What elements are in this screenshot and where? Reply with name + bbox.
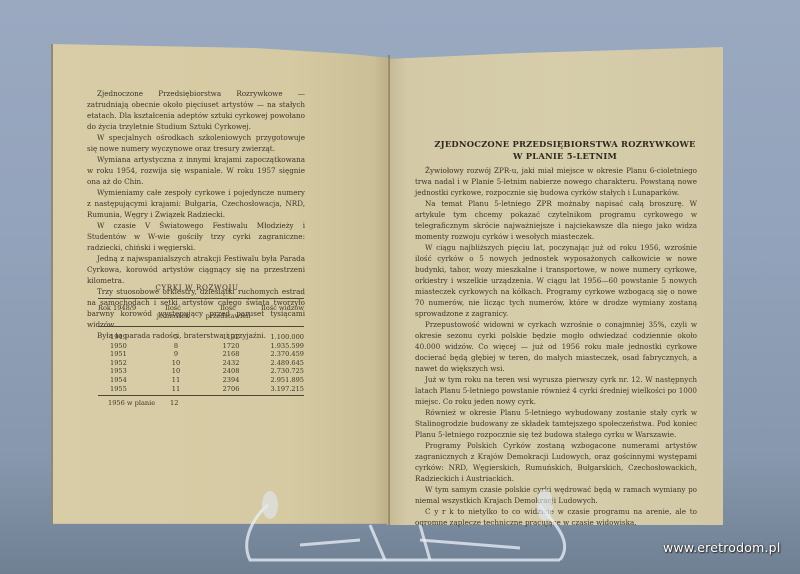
watermark: www.eretrodom.pl <box>663 540 781 555</box>
open-booklet: Zjednoczone Przedsiębiorstwa Rozrywkowe … <box>0 0 800 574</box>
acrylic-stand <box>0 0 800 574</box>
